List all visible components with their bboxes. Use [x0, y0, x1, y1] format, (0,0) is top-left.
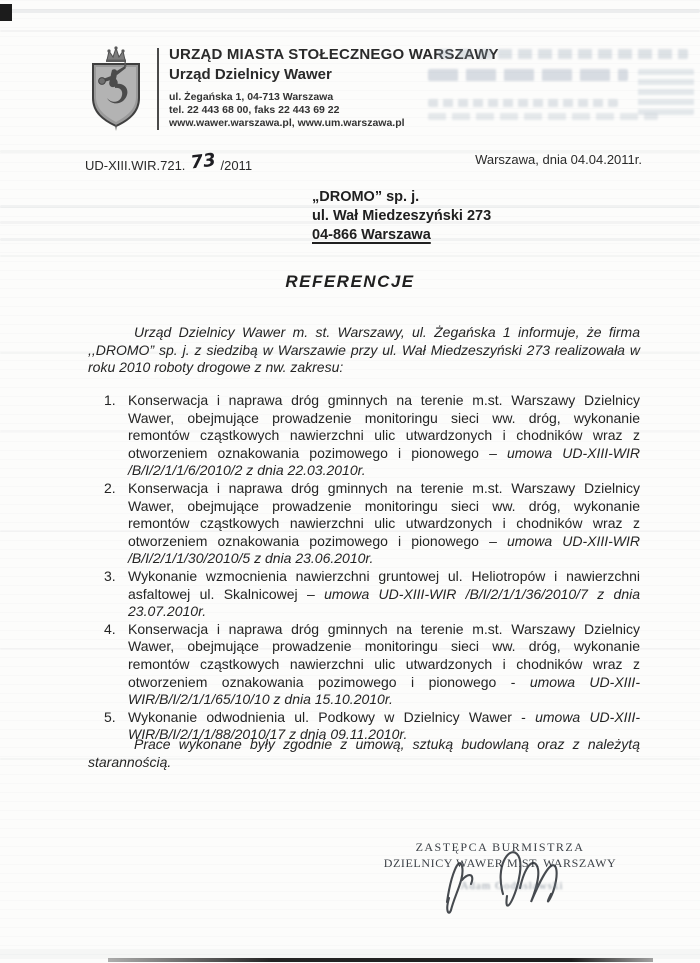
date-line: Warszawa, dnia 04.04.2011r.: [475, 152, 642, 167]
addressee-city: 04-866 Warszawa: [312, 226, 592, 245]
signer-name-faint: Adam Godusławski: [432, 880, 592, 892]
org-name-line1: URZĄD MIASTA STOŁECZNEGO WARSZAWY: [169, 46, 589, 63]
list-item: 4. Konserwacja i naprawa dróg gminnych n…: [88, 621, 640, 709]
list-item-number: 5.: [104, 709, 116, 727]
letterhead-text: URZĄD MIASTA STOŁECZNEGO WARSZAWY Urząd …: [169, 46, 589, 130]
list-item-number: 1.: [104, 392, 116, 410]
org-address: ul. Żegańska 1, 04-713 Warszawa: [169, 91, 589, 104]
org-web: www.wawer.warszawa.pl, www.um.warszawa.p…: [169, 117, 589, 130]
addressee-name: „DROMO” sp. j.: [312, 188, 592, 207]
letterhead: URZĄD MIASTA STOŁECZNEGO WARSZAWY Urząd …: [85, 44, 645, 136]
scan-streak: [0, 9, 700, 13]
list-item-number: 4.: [104, 621, 116, 639]
reference-date-row: UD-XIII.WIR.721.73/2011 Warszawa, dnia 0…: [85, 148, 645, 174]
scan-edge-bottom: [108, 958, 653, 962]
addressee-block: „DROMO” sp. j. ul. Wał Miedzeszyński 273…: [312, 188, 592, 245]
warsaw-mermaid-crest-icon: [85, 46, 147, 132]
list-item: 3. Wykonanie wzmocnienia nawierzchni gru…: [88, 568, 640, 621]
bleedthrough-block: [638, 69, 694, 115]
list-item-number: 3.: [104, 568, 116, 586]
document-title: REFERENCJE: [0, 272, 700, 292]
list-item-text: Wykonanie odwodnienia ul. Podkowy w Dzie…: [128, 709, 535, 725]
reference-suffix: /2011: [220, 158, 252, 173]
reference-prefix: UD-XIII.WIR.721.: [85, 158, 185, 173]
works-list: 1. Konserwacja i naprawa dróg gminnych n…: [88, 392, 640, 744]
scan-streak: [0, 255, 700, 257]
scan-artifact-top-left: [0, 4, 12, 21]
org-name-line2: Urząd Dzielnicy Wawer: [169, 66, 589, 83]
list-item-number: 2.: [104, 480, 116, 498]
letterhead-divider: [157, 48, 159, 130]
signature-scribble: [425, 836, 590, 916]
list-item: 2. Konserwacja i naprawa dróg gminnych n…: [88, 480, 640, 568]
scan-streak: [0, 30, 700, 32]
handwritten-case-number: 73: [190, 150, 217, 174]
closing-paragraph: Prace wykonane były zgodnie z umową, szt…: [88, 736, 640, 771]
reference-number: UD-XIII.WIR.721.73/2011: [85, 154, 252, 175]
addressee-street: ul. Wał Miedzeszyński 273: [312, 207, 592, 226]
intro-paragraph: Urząd Dzielnicy Wawer m. st. Warszawy, u…: [88, 324, 640, 377]
org-phone: tel. 22 443 68 00, faks 22 443 69 22: [169, 104, 589, 117]
list-item: 1. Konserwacja i naprawa dróg gminnych n…: [88, 392, 640, 480]
scanned-letter-page: URZĄD MIASTA STOŁECZNEGO WARSZAWY Urząd …: [0, 0, 700, 963]
